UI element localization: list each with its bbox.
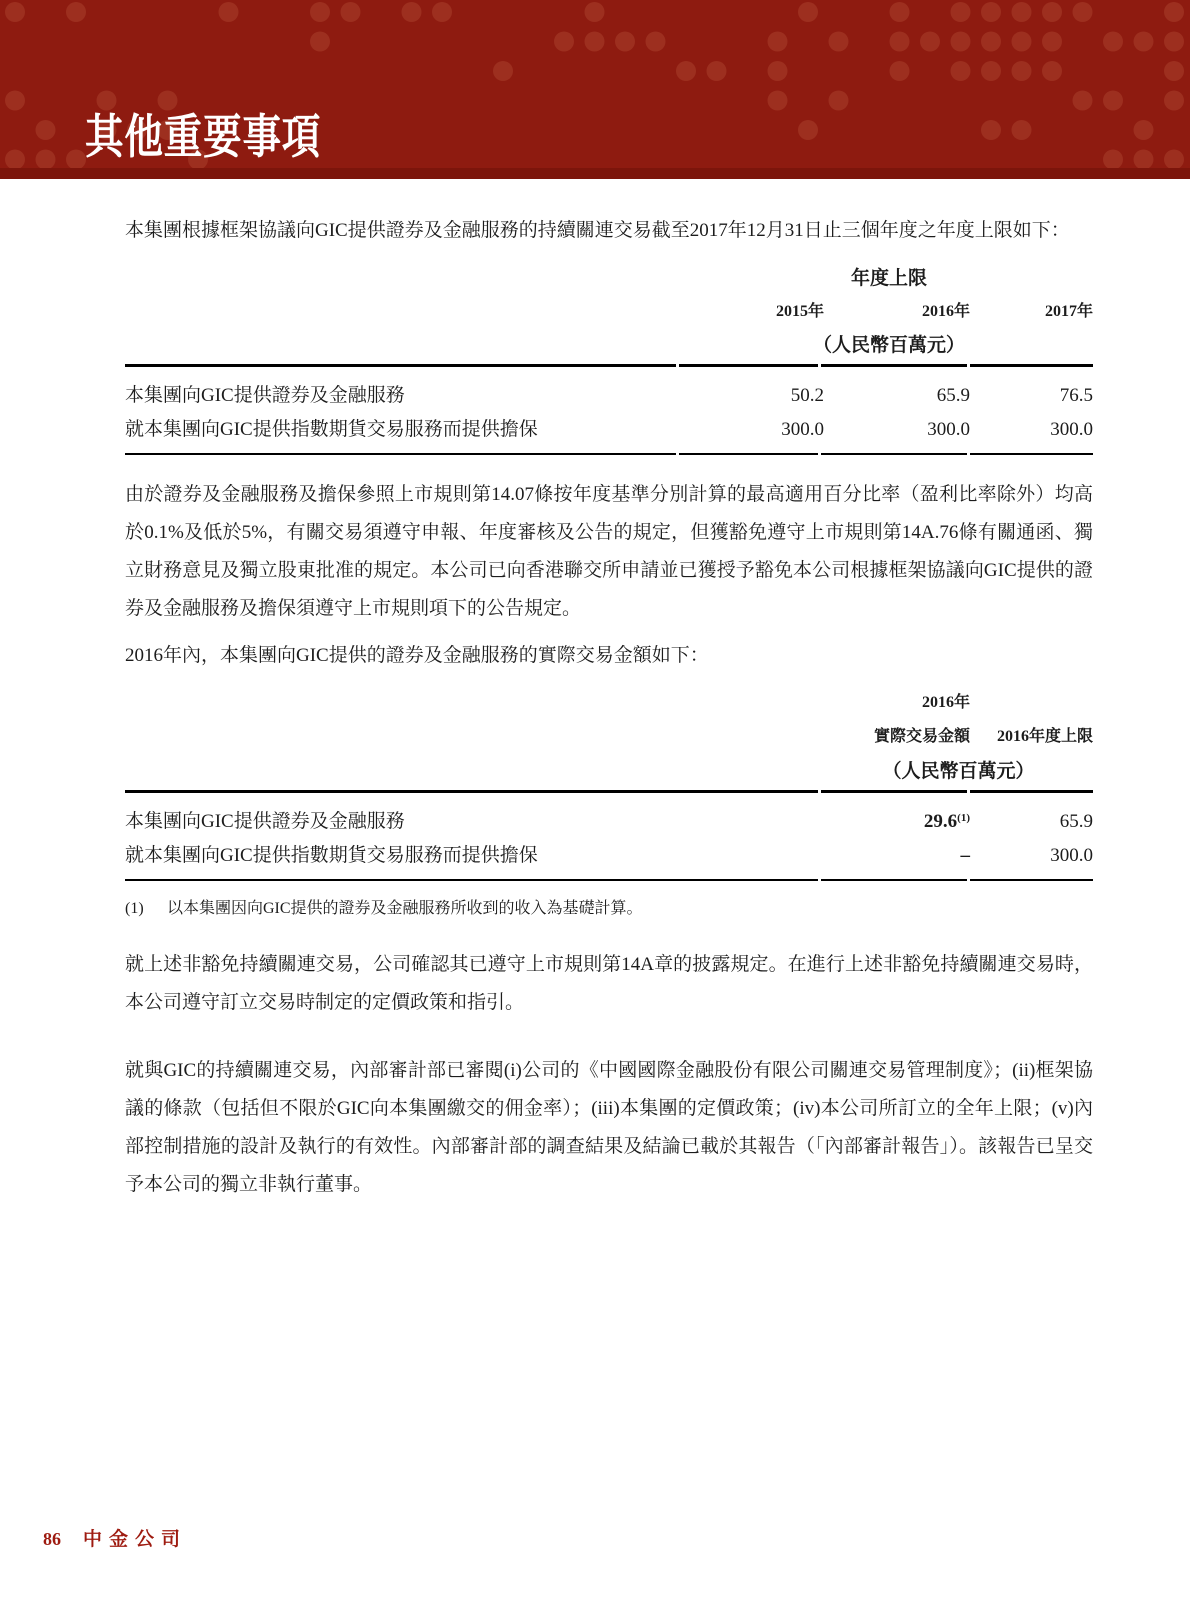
table2-unit: （人民幣百萬元）: [824, 754, 1093, 790]
table1-row1-2017: 76.5: [970, 379, 1093, 413]
internal-audit-paragraph: 就與GIC的持續關連交易，內部審計部已審閱(i)公司的《中國國際金融股份有限公司…: [125, 1052, 1093, 1204]
table1-row1-label: 本集團向GIC提供證券及金融服務: [125, 379, 685, 413]
banner-bottom-band: [0, 168, 1190, 179]
table-row: 本集團向GIC提供證券及金融服務 50.2 65.9 76.5: [125, 379, 1093, 413]
annual-caps-table: 年度上限 2015年 2016年 2017年 （人民幣百萬元） 本集團向GIC提…: [125, 262, 1093, 455]
report-page: 其他重要事項 本集團根據框架協議向GIC提供證券及金融服務的持續關連交易截至20…: [0, 0, 1190, 1615]
table1-col-2017: 2017年: [970, 296, 1093, 328]
table2-row2-cap: 300.0: [970, 839, 1093, 873]
table2-row1-label: 本集團向GIC提供證券及金融服務: [125, 805, 824, 839]
table1-row2-label: 就本集團向GIC提供指數期貨交易服務而提供擔保: [125, 413, 685, 447]
table1-row1-2016: 65.9: [824, 379, 970, 413]
footnote: (1) 以本集團因向GIC提供的證券及金融服務所收到的收入為基礎計算。: [125, 896, 1093, 922]
table2-row2-actual: –: [824, 839, 970, 873]
table-row: 就本集團向GIC提供指數期貨交易服務而提供擔保 300.0 300.0 300.…: [125, 413, 1093, 447]
chapter-banner: 其他重要事項: [0, 0, 1190, 179]
table1-col-2016: 2016年: [824, 296, 970, 328]
table2-bottom-rule: [125, 879, 1093, 882]
footnote-marker: (1): [125, 896, 167, 922]
table1-col-2015: 2015年: [685, 296, 824, 328]
table1-bottom-rule: [125, 453, 1093, 456]
table2-year-header: 2016年: [824, 686, 970, 720]
table-row: 就本集團向GIC提供指數期貨交易服務而提供擔保 – 300.0: [125, 839, 1093, 873]
table2-row2-label: 就本集團向GIC提供指數期貨交易服務而提供擔保: [125, 839, 824, 873]
company-name: 中金公司: [83, 1524, 187, 1551]
rules-paragraph: 由於證券及金融服務及擔保參照上市規則第14.07條按年度基準分別計算的最高適用百…: [125, 476, 1093, 628]
table1-row1-2015: 50.2: [685, 379, 824, 413]
footnote-ref: (1): [957, 812, 970, 824]
table1-row2-2016: 300.0: [824, 413, 970, 447]
page-number: 86: [43, 1529, 61, 1550]
table1-row2-2017: 300.0: [970, 413, 1093, 447]
compliance-paragraph: 就上述非豁免持續關連交易，公司確認其已遵守上市規則第14A章的披露規定。在進行上…: [125, 946, 1093, 1022]
actual-amounts-table: 2016年 實際交易金額 2016年度上限 （人民幣百萬元） 本集團向GIC提供…: [125, 686, 1093, 881]
actual-amounts-intro: 2016年內，本集團向GIC提供的證券及金融服務的實際交易金額如下：: [125, 637, 1093, 675]
table2-row1-cap: 65.9: [970, 805, 1093, 839]
footnote-text: 以本集團因向GIC提供的證券及金融服務所收到的收入為基礎計算。: [167, 896, 643, 922]
table1-group-header: 年度上限: [685, 262, 1093, 296]
page-footer: 86 中金公司: [43, 1524, 187, 1551]
table-row: 本集團向GIC提供證券及金融服務 29.6(1) 65.9: [125, 805, 1093, 839]
table2-row1-actual: 29.6(1): [824, 805, 970, 839]
table1-row2-2015: 300.0: [685, 413, 824, 447]
table2-col-actual: 實際交易金額: [824, 720, 970, 754]
table2-top-rule: [125, 790, 1093, 793]
intro-paragraph: 本集團根據框架協議向GIC提供證券及金融服務的持續關連交易截至2017年12月3…: [125, 212, 1093, 250]
table1-unit: （人民幣百萬元）: [685, 328, 1093, 364]
chapter-title: 其他重要事項: [85, 100, 321, 167]
table2-col-cap: 2016年度上限: [970, 720, 1093, 754]
table1-top-rule: [125, 364, 1093, 367]
